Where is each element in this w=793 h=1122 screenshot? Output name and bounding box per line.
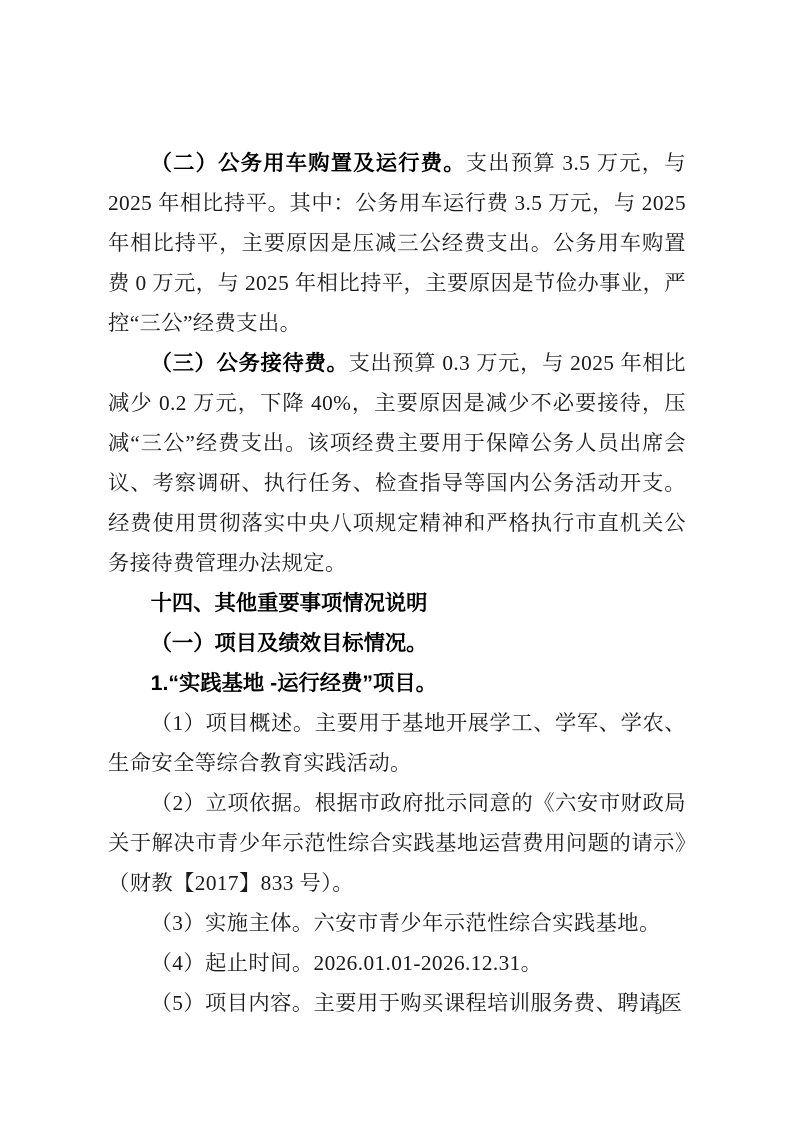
paragraph-body: 支出预算 0.3 万元，与 2025 年相比减少 0.2 万元，下降 40%，主…	[108, 351, 686, 575]
heading-practice-base-operating-funds-project: 1.“实践基地 -运行经费”项目。	[108, 663, 686, 703]
heading-section-fourteen: 十四、其他重要事项情况说明	[108, 583, 686, 623]
paragraph-start-end-time: （4）起止时间。2026.01.01-2026.12.31。	[108, 943, 686, 983]
document-page: （二）公务用车购置及运行费。支出预算 3.5 万元，与 2025 年相比持平。其…	[0, 0, 793, 1122]
paragraph-body: 支出预算 3.5 万元，与 2025 年相比持平。其中：公务用车运行费 3.5 …	[108, 151, 686, 335]
paragraph-official-reception-fee: （三）公务接待费。支出预算 0.3 万元，与 2025 年相比减少 0.2 万元…	[108, 343, 686, 583]
paragraph-project-content: （5）项目内容。主要用于购买课程培训服务费、聘请医	[108, 983, 686, 1023]
paragraph-project-overview: （1）项目概述。主要用于基地开展学工、学军、学农、生命安全等综合教育实践活动。	[108, 703, 686, 783]
page-number: - 9 -	[630, 1002, 690, 1019]
paragraph-lead: （二）公务用车购置及运行费。	[151, 151, 466, 175]
document-content: （二）公务用车购置及运行费。支出预算 3.5 万元，与 2025 年相比持平。其…	[108, 143, 686, 1023]
heading-project-performance-targets: （一）项目及绩效目标情况。	[108, 623, 686, 663]
paragraph-vehicle-purchase-operation-fee: （二）公务用车购置及运行费。支出预算 3.5 万元，与 2025 年相比持平。其…	[108, 143, 686, 343]
paragraph-implementing-entity: （3）实施主体。六安市青少年示范性综合实践基地。	[108, 903, 686, 943]
paragraph-lead: （三）公务接待费。	[151, 351, 349, 375]
paragraph-project-basis: （2）立项依据。根据市政府批示同意的《六安市财政局关于解决市青少年示范性综合实践…	[108, 783, 686, 903]
